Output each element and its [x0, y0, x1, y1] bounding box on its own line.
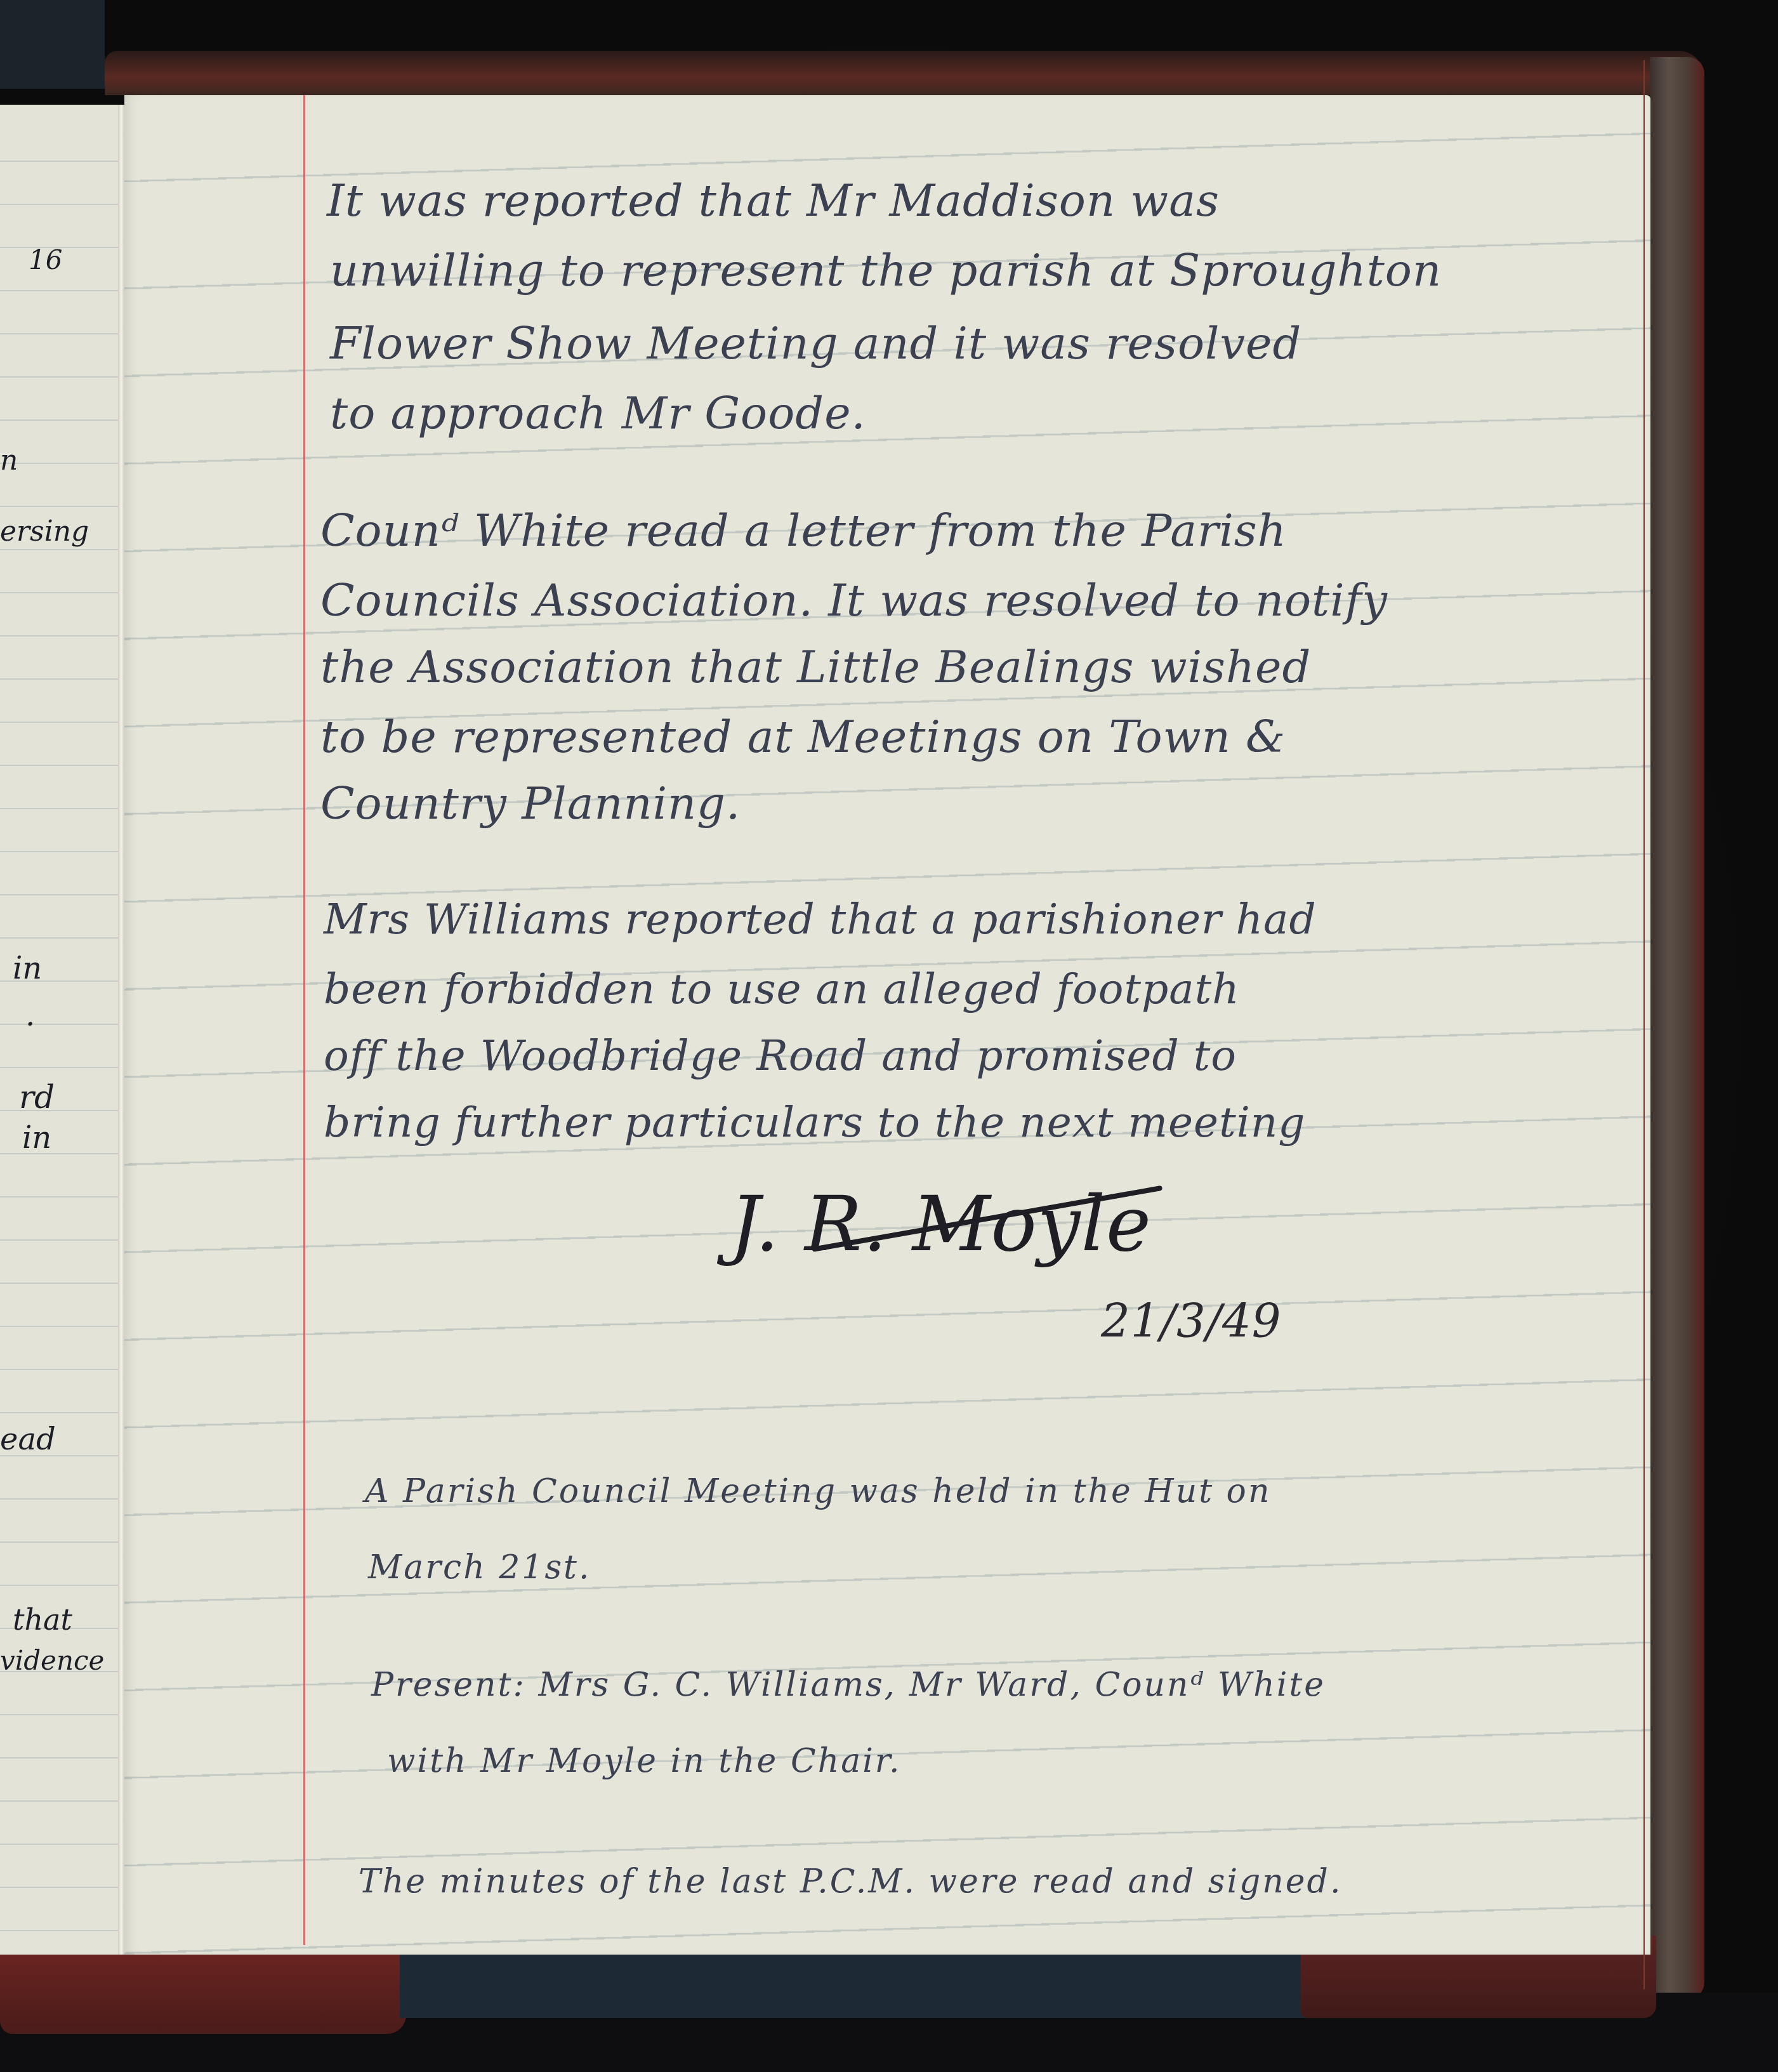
handwritten-line: Flower Show Meeting and it was resolved	[330, 317, 1301, 369]
book-cover-corner-left	[0, 1951, 406, 2034]
minutes-approved-line: The minutes of the last P.C.M. were read…	[359, 1863, 1342, 1901]
signature-date: 21/3/49	[1101, 1295, 1282, 1348]
left-page-fragment: in	[22, 1120, 51, 1156]
handwritten-line: It was reported that Mr Maddison was	[327, 175, 1220, 227]
meeting-date-line: March 21st.	[368, 1548, 591, 1587]
present-line: Present: Mrs G. C. Williams, Mr Ward, Co…	[371, 1666, 1326, 1704]
left-page-number: 16	[29, 244, 62, 275]
left-page-fragment: ead	[0, 1422, 56, 1457]
handwritten-line: the Association that Little Bealings wis…	[320, 641, 1311, 693]
left-page-fragment: rd	[19, 1079, 55, 1116]
handwritten-line: to be represented at Meetings on Town &	[320, 711, 1286, 763]
handwritten-line: Mrs Williams reported that a parishioner…	[324, 895, 1317, 944]
handwritten-line: Country Planning.	[320, 777, 741, 829]
book-spine	[0, 0, 105, 89]
handwritten-line: bring further particulars to the next me…	[324, 1098, 1306, 1147]
handwritten-line: Counᵈ White read a letter from the Paris…	[320, 505, 1287, 557]
handwritten-line: off the Woodbridge Road and promised to	[324, 1031, 1237, 1080]
left-page-fragment: that	[13, 1602, 72, 1637]
chair-line: with Mr Moyle in the Chair.	[387, 1742, 901, 1780]
handwritten-line: unwilling to represent the parish at Spr…	[330, 244, 1442, 296]
page-gutter	[118, 105, 124, 1955]
book-cover-right-edge	[1650, 57, 1704, 1999]
left-page-fragment: in	[13, 951, 42, 986]
left-page-fragment: .	[25, 998, 35, 1033]
left-page-fragment: ersing	[0, 515, 89, 548]
handwritten-line: Councils Association. It was resolved to…	[320, 574, 1388, 626]
handwritten-line: been forbidden to use an alleged footpat…	[324, 965, 1240, 1013]
red-margin-rule	[303, 95, 305, 1945]
left-page-fragment: vidence	[0, 1645, 104, 1676]
page-edge	[1643, 60, 1645, 1990]
meeting-heading-line: A Parish Council Meeting was held in the…	[365, 1472, 1271, 1510]
book-cover-top-edge	[105, 51, 1704, 95]
handwritten-line: to approach Mr Goode.	[330, 387, 866, 439]
left-page-fragment: n	[0, 444, 18, 477]
left-page	[0, 105, 130, 1955]
